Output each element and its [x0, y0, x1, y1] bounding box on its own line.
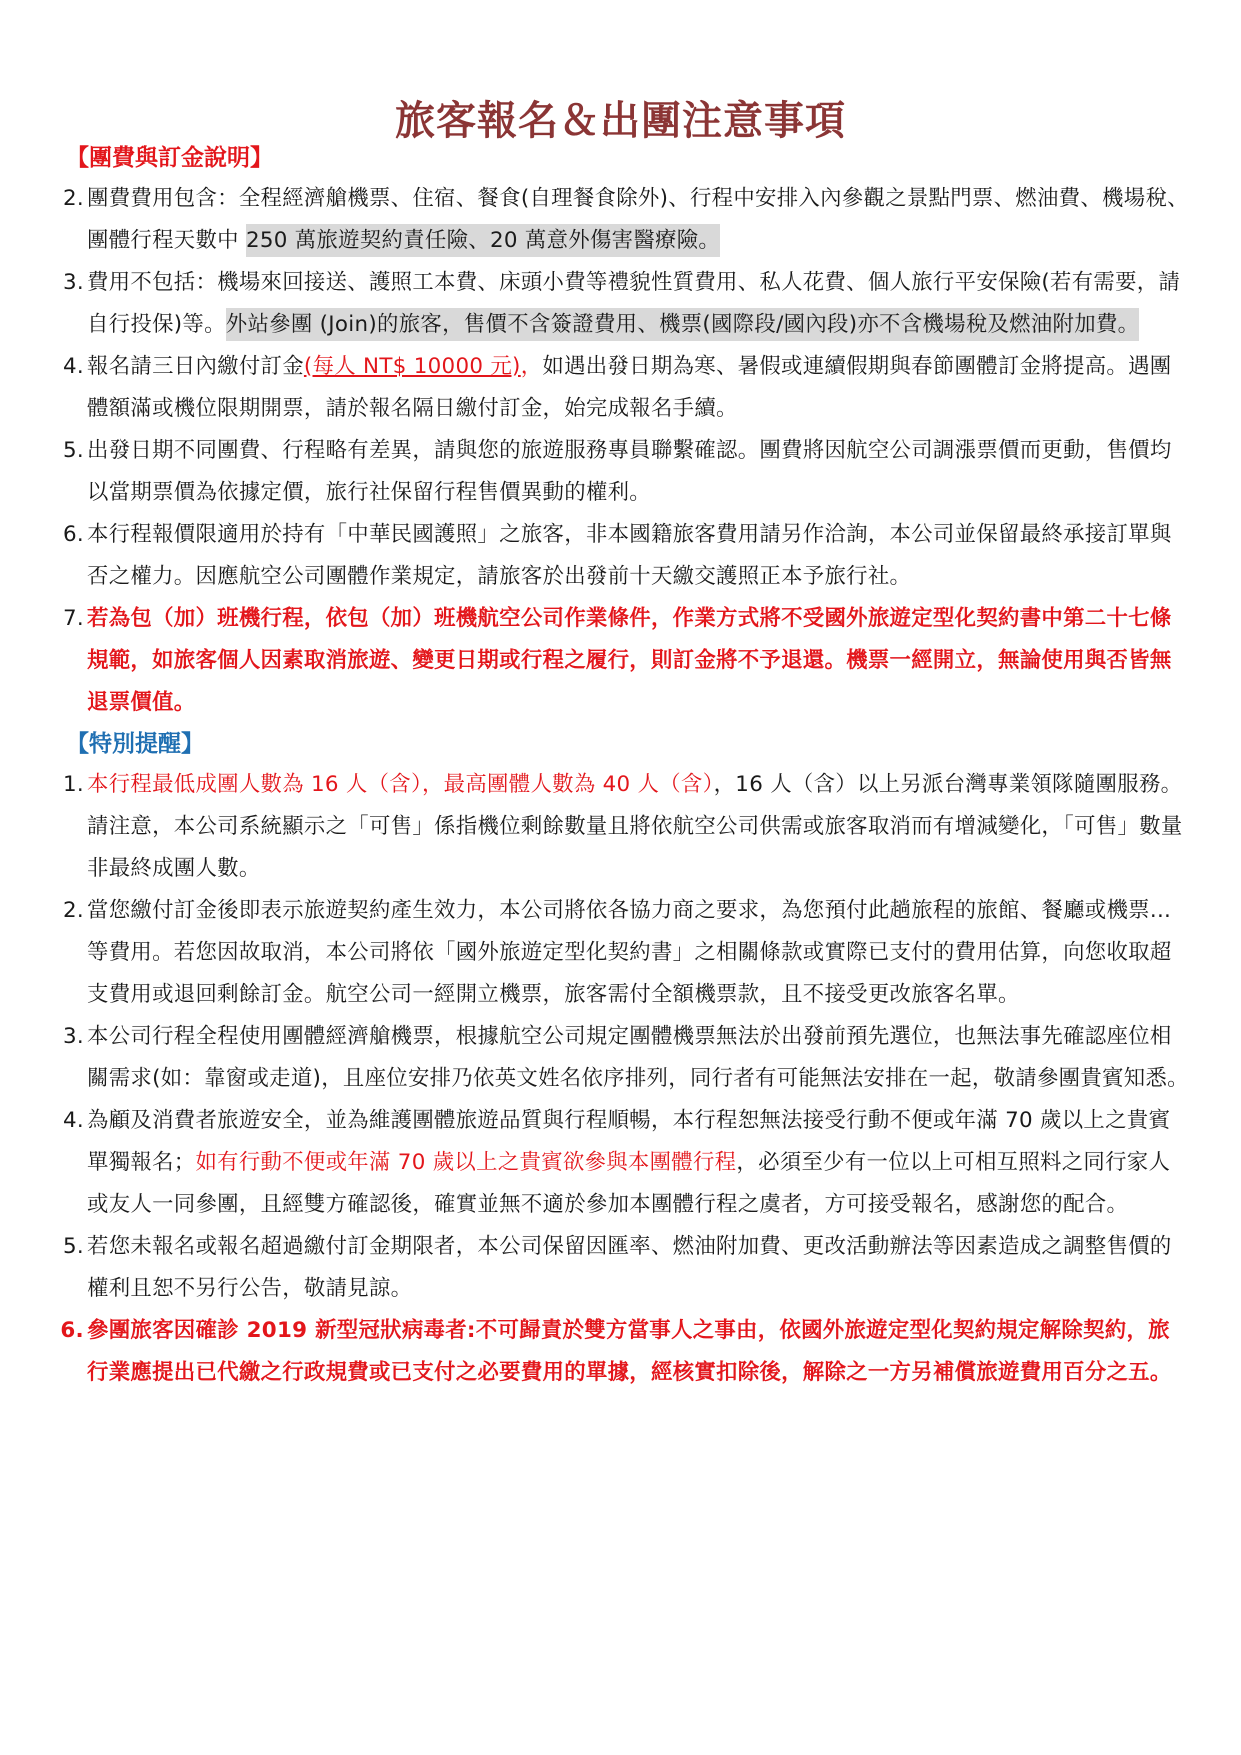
- item-number: 2.: [58, 890, 84, 932]
- item-text-red: 如有行動不便或年滿 70 歲以上之貴賓欲參與本團體行程: [195, 1150, 736, 1175]
- item-text: 當您繳付訂金後即表示旅遊契約產生效力，本公司將依各協力商之要求，為您預付此趟旅程…: [87, 898, 1172, 1007]
- list-item: 4. 為顧及消費者旅遊安全，並為維護團體旅遊品質與行程順暢，本行程恕無法接受行動…: [70, 1100, 1190, 1226]
- warning-text: 參團旅客因確診 2019 新型冠狀病毒者:不可歸責於雙方當事人之事由，依國外旅遊…: [87, 1318, 1172, 1385]
- list-item: 3. 本公司行程全程使用團體經濟艙機票，根據航空公司規定團體機票無法於出發前預先…: [70, 1016, 1190, 1100]
- item-number: 3.: [58, 1016, 84, 1058]
- highlighted-text: 250 萬旅遊契約責任險、20 萬意外傷害醫療險。: [246, 224, 720, 257]
- section-fees-deposit: 【團費與訂金說明】 2. 團費費用包含：全程經濟艙機票、住宿、餐食(自理餐食除外…: [70, 138, 1190, 724]
- item-text-red: 本行程最低成團人數為 16 人（含），最高團體人數為 40 人（含）: [87, 772, 714, 797]
- item-number: 6.: [58, 514, 84, 556]
- list-item: 6. 本行程報價限適用於持有「中華民國護照」之旅客，非本國籍旅客費用請另作洽詢，…: [70, 514, 1190, 598]
- section-heading: 【特別提醒】: [66, 724, 1190, 764]
- list-item: 4. 報名請三日內繳付訂金(每人 NT$ 10000 元)，如遇出發日期為寒、暑…: [70, 346, 1190, 430]
- item-number: 1.: [58, 764, 84, 806]
- item-text-red: ，: [521, 354, 543, 379]
- section-special-reminders: 【特別提醒】 1. 本行程最低成團人數為 16 人（含），最高團體人數為 40 …: [70, 724, 1190, 1394]
- item-text: 本公司行程全程使用團體經濟艙機票，根據航空公司規定團體機票無法於出發前預先選位，…: [87, 1024, 1189, 1091]
- deposit-amount: (每人 NT$ 10000 元): [304, 354, 521, 379]
- item-number: 2.: [58, 178, 84, 220]
- list-item: 2. 團費費用包含：全程經濟艙機票、住宿、餐食(自理餐食除外)、行程中安排入內參…: [70, 178, 1190, 262]
- list-item: 7. 若為包（加）班機行程，依包（加）班機航空公司作業條件，作業方式將不受國外旅…: [70, 598, 1190, 724]
- item-number: 4.: [58, 1100, 84, 1142]
- highlighted-text: 外站參團 (Join)的旅客，售價不含簽證費用、機票(國際段/國內段)亦不含機場…: [226, 308, 1140, 341]
- list-item: 5. 若您未報名或報名超過繳付訂金期限者，本公司保留因匯率、燃油附加費、更改活動…: [70, 1226, 1190, 1310]
- item-number: 4.: [58, 346, 84, 388]
- item-number: 7.: [58, 598, 84, 640]
- section-heading: 【團費與訂金說明】: [66, 138, 1190, 178]
- item-number: 5.: [58, 1226, 84, 1268]
- item-text: 出發日期不同團費、行程略有差異，請與您的旅遊服務專員聯繫確認。團費將因航空公司調…: [87, 438, 1172, 505]
- warning-text: 若為包（加）班機行程，依包（加）班機航空公司作業條件，作業方式將不受國外旅遊定型…: [87, 606, 1172, 715]
- document-body: 【團費與訂金說明】 2. 團費費用包含：全程經濟艙機票、住宿、餐食(自理餐食除外…: [70, 138, 1190, 1394]
- list-item: 1. 本行程最低成團人數為 16 人（含），最高團體人數為 40 人（含），16…: [70, 764, 1190, 890]
- list-item: 6. 參團旅客因確診 2019 新型冠狀病毒者:不可歸責於雙方當事人之事由，依國…: [70, 1310, 1190, 1394]
- item-text: 本行程報價限適用於持有「中華民國護照」之旅客，非本國籍旅客費用請另作洽詢，本公司…: [87, 522, 1172, 589]
- item-text: 若您未報名或報名超過繳付訂金期限者，本公司保留因匯率、燃油附加費、更改活動辦法等…: [87, 1234, 1172, 1301]
- item-text: 報名請三日內繳付訂金: [87, 354, 304, 379]
- list-item: 2. 當您繳付訂金後即表示旅遊契約產生效力，本公司將依各協力商之要求，為您預付此…: [70, 890, 1190, 1016]
- list-item: 3. 費用不包括：機場來回接送、護照工本費、床頭小費等禮貌性質費用、私人花費、個…: [70, 262, 1190, 346]
- item-number: 5.: [58, 430, 84, 472]
- item-number: 3.: [58, 262, 84, 304]
- item-number: 6.: [58, 1310, 84, 1352]
- list-item: 5. 出發日期不同團費、行程略有差異，請與您的旅遊服務專員聯繫確認。團費將因航空…: [70, 430, 1190, 514]
